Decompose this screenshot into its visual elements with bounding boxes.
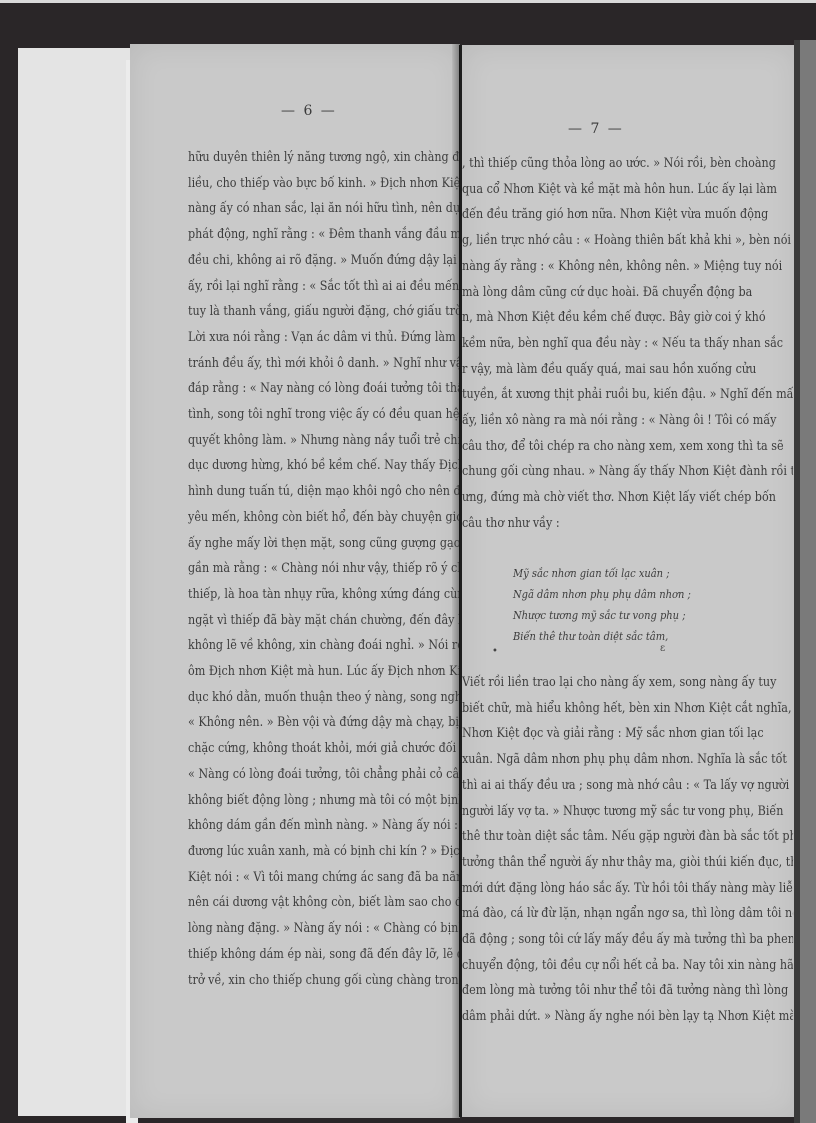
text-line: Lời xưa nói rằng : Vạn ác dâm vi thủ. Đứ… bbox=[188, 325, 459, 351]
text-line: chuyển động, tôi đều cự nổi hết cả ba. N… bbox=[462, 953, 793, 979]
right-page-body-top: , thì thiếp cũng thỏa lòng ao ước. » Nói… bbox=[462, 151, 793, 537]
text-line: câu thơ như vầy : bbox=[462, 511, 793, 537]
text-line: tình, song tôi nghĩ trong việc ấy có đều… bbox=[188, 402, 459, 428]
left-page-body: hữu duyên thiên lý năng tương ngộ, xin c… bbox=[188, 145, 459, 993]
text-line: đến đều trăng gió hơn nữa. Nhơn Kiệt vừa… bbox=[462, 202, 793, 228]
text-line: người lấy vợ ta. » Nhược tương mỹ sắc tư… bbox=[462, 799, 793, 825]
text-line: câu thơ, để tôi chép ra cho nàng xem, xe… bbox=[462, 434, 793, 460]
backing-sheet bbox=[18, 48, 138, 1116]
text-line: Nhược tương mỹ sắc tư vong phụ ; bbox=[513, 605, 691, 626]
text-line: tuyền, ắt xương thịt phải ruồi bu, kiến … bbox=[462, 382, 793, 408]
text-line: nàng ấy rằng : « Không nên, không nên. »… bbox=[462, 254, 793, 280]
text-line: ấy nghe mấy lời thẹn mặt, song cũng gượn… bbox=[188, 531, 459, 557]
text-line: đem lòng mà tưởng tôi như thể tôi đã tưở… bbox=[462, 978, 793, 1004]
right-scan-edge bbox=[794, 40, 816, 1123]
text-line: Viết rồi liền trao lại cho nàng ấy xem, … bbox=[462, 670, 793, 696]
text-line: ấy, liền xô nàng ra mà nói rằng : « Nàng… bbox=[462, 408, 793, 434]
text-line: chặc cứng, không thoát khỏi, mới giả chư… bbox=[188, 736, 459, 762]
text-line: mới dứt đặng lòng háo sắc ấy. Từ hồi tôi… bbox=[462, 876, 793, 902]
text-line: mà lòng dâm cũng cứ dục hoài. Đã chuyển … bbox=[462, 280, 793, 306]
text-line: ngặt vì thiếp đã bày mặt chán chường, đế… bbox=[188, 608, 459, 634]
text-line: Ngã dâm nhơn phụ phụ dâm nhơn ; bbox=[513, 584, 691, 605]
text-line: yêu mến, không còn biết hổ, đến bày chuy… bbox=[188, 505, 459, 531]
text-line: thì ai ai thấy đều ưa ; song mà nhớ câu … bbox=[462, 773, 793, 799]
text-line: ấy, rồi lại nghĩ rằng : « Sắc tốt thì ai… bbox=[188, 274, 459, 300]
text-line: thiếp, là hoa tàn nhụy rữa, không xứng đ… bbox=[188, 582, 459, 608]
text-line: lòng nàng đặng. » Nàng ấy nói : « Chàng … bbox=[188, 916, 459, 942]
poem-stanza: Mỹ sắc nhơn gian tối lạc xuân ;Ngã dâm n… bbox=[513, 563, 691, 647]
right-page-number: — 7 — bbox=[568, 121, 624, 137]
text-line: thiếp không dám ép nài, song đã đến đây … bbox=[188, 942, 459, 968]
text-line: gần mà rằng : « Chàng nói như vậy, thiếp… bbox=[188, 556, 459, 582]
right-page-body-bottom: Viết rồi liền trao lại cho nàng ấy xem, … bbox=[462, 670, 793, 1030]
text-line: tránh đều ấy, thì mới khỏi ô danh. » Ngh… bbox=[188, 351, 459, 377]
text-line: r vậy, mà làm đều quấy quá, mai sau hồn … bbox=[462, 357, 793, 383]
scan-top-strip bbox=[0, 0, 816, 3]
text-line: không dám gần đến mình nàng. » Nàng ấy n… bbox=[188, 813, 459, 839]
text-line: phát động, nghĩ rằng : « Đêm thanh vắng … bbox=[188, 222, 459, 248]
text-line: ôm Địch nhơn Kiệt mà hun. Lúc ấy Địch nh… bbox=[188, 659, 459, 685]
text-line: biết chữ, mà hiểu không hết, bèn xin Nhơ… bbox=[462, 696, 793, 722]
text-line: liều, cho thiếp vào bực bố kinh. » Địch … bbox=[188, 171, 459, 197]
text-line: tưởng thân thể người ấy như thây ma, giò… bbox=[462, 850, 793, 876]
text-line: dục khó dằn, muốn thuận theo ý nàng, son… bbox=[188, 685, 459, 711]
left-page-number: — 6 — bbox=[281, 103, 337, 119]
text-line: , thì thiếp cũng thỏa lòng ao ước. » Nói… bbox=[462, 151, 793, 177]
text-line: thê thư toàn diệt sắc tâm. Nếu gặp người… bbox=[462, 824, 793, 850]
ink-mark: ε bbox=[660, 643, 665, 654]
text-line: dục dương hừng, khó bề kềm chế. Nay thấy… bbox=[188, 453, 459, 479]
text-line: không biết động lòng ; nhưng mà tôi có m… bbox=[188, 788, 459, 814]
text-line: tuy là thanh vắng, giấu người đặng, chớ … bbox=[188, 299, 459, 325]
text-line: đều chi, không ai rõ đặng. » Muốn đứng d… bbox=[188, 248, 459, 274]
text-line: đã động ; song tôi cứ lấy mấy đều ấy mà … bbox=[462, 927, 793, 953]
text-line: dâm phải dứt. » Nàng ấy nghe nói bèn lạy… bbox=[462, 1004, 793, 1030]
text-line: đáp rằng : « Nay nàng có lòng đoái tưởng… bbox=[188, 376, 459, 402]
text-line: trở về, xin cho thiếp chung gối cùng chà… bbox=[188, 968, 459, 994]
text-line: kềm nữa, bèn nghĩ qua đều này : « Nếu ta… bbox=[462, 331, 793, 357]
text-line: má đào, cá lừ đừ lặn, nhạn ngẩn ngơ sa, … bbox=[462, 901, 793, 927]
text-line: n, mà Nhơn Kiệt đều kềm chế được. Bây gi… bbox=[462, 305, 793, 331]
ink-dot: • bbox=[492, 646, 498, 657]
text-line: qua cổ Nhơn Kiệt và kề mặt mà hôn hun. L… bbox=[462, 177, 793, 203]
text-line: hình dung tuấn tú, diện mạo khôi ngô cho… bbox=[188, 479, 459, 505]
text-line: ưng, đứng mà chờ viết thơ. Nhơn Kiệt lấy… bbox=[462, 485, 793, 511]
text-line: Mỹ sắc nhơn gian tối lạc xuân ; bbox=[513, 563, 691, 584]
text-line: xuân. Ngã dâm nhơn phụ phụ dâm nhơn. Ngh… bbox=[462, 747, 793, 773]
text-line: « Nàng có lòng đoái tưởng, tôi chẳng phả… bbox=[188, 762, 459, 788]
text-line: Nhơn Kiệt đọc và giải rằng : Mỹ sắc nhơn… bbox=[462, 721, 793, 747]
text-line: « Không nên. » Bèn vội và đứng dậy mà ch… bbox=[188, 710, 459, 736]
text-line: Kiệt nói : « Vì tôi mang chứng ác sang đ… bbox=[188, 865, 459, 891]
text-line: chung gối cùng nhau. » Nàng ấy thấy Nhơn… bbox=[462, 459, 793, 485]
text-line: hữu duyên thiên lý năng tương ngộ, xin c… bbox=[188, 145, 459, 171]
text-line: nàng ấy có nhan sắc, lại ăn nói hữu tình… bbox=[188, 196, 459, 222]
text-line: quyết không làm. » Nhưng nàng nầy tuổi t… bbox=[188, 428, 459, 454]
text-line: g, liền trực nhớ câu : « Hoàng thiên bất… bbox=[462, 228, 793, 254]
text-line: không lẽ về không, xin chàng đoái nghỉ. … bbox=[188, 633, 459, 659]
text-line: đương lúc xuân xanh, mà có bịnh chi kín … bbox=[188, 839, 459, 865]
text-line: nên cái dương vật không còn, biết làm sa… bbox=[188, 890, 459, 916]
